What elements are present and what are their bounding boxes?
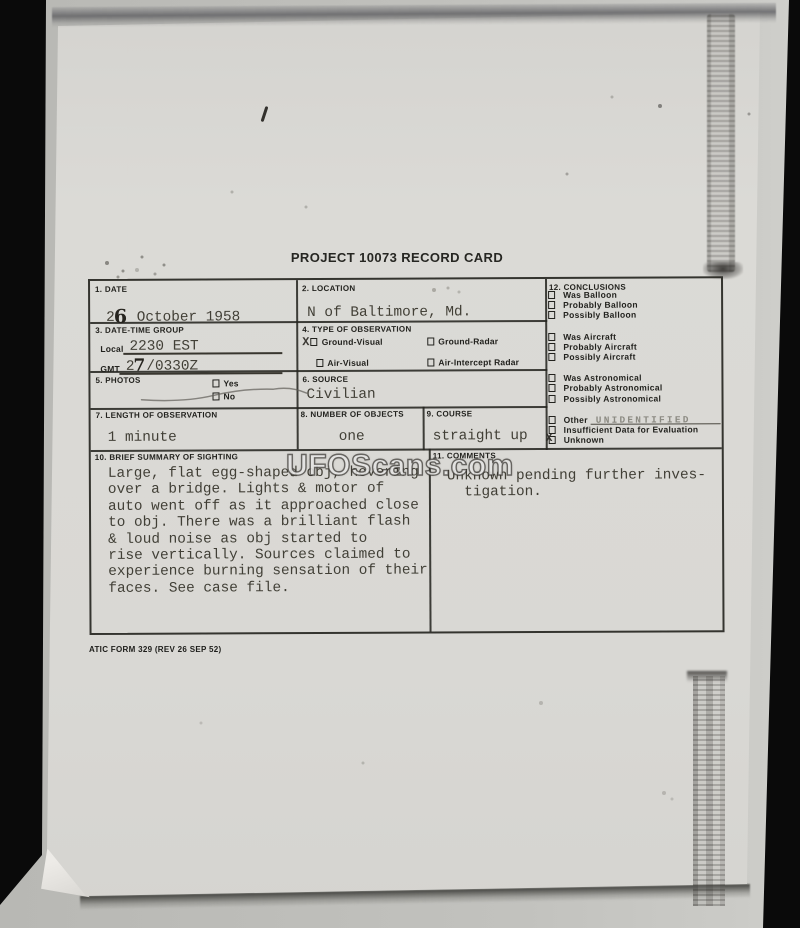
conclusion-option: Probably Balloon — [548, 299, 720, 310]
handwritten-digit: 7 — [133, 356, 145, 376]
conclusions-list: Was Balloon Probably Balloon Possibly Ba… — [548, 289, 721, 445]
conclusion-option: Possibly Astronomical — [549, 393, 721, 404]
summary-line: to obj. There was a brilliant flash — [108, 514, 428, 532]
local-time-value: 2230 EST — [129, 339, 198, 355]
local-label: Local — [100, 344, 123, 355]
summary-line: faces. See case file. — [108, 579, 428, 597]
table-border — [296, 280, 299, 449]
number-of-objects-value: one — [339, 429, 365, 445]
checkbox-icon — [549, 395, 556, 403]
checkbox-icon — [548, 384, 555, 392]
course-label: 9. COURSE — [427, 409, 473, 418]
conclusion-option: Probably Aircraft — [548, 341, 720, 352]
x-mark: X — [546, 433, 553, 445]
checkbox-icon — [311, 338, 318, 346]
photos-label: 5. PHOTOS — [95, 376, 140, 385]
local-time-row: Local 2230 EST — [100, 336, 282, 355]
typed-unidentified: UNIDENTIFIED — [596, 415, 691, 426]
type-of-observation-label: 4. TYPE OF OBSERVATION — [302, 325, 411, 334]
location-field-value: N of Baltimore, Md. — [307, 304, 471, 321]
length-of-observation-value: 1 minute — [108, 430, 177, 446]
checkbox-icon — [548, 353, 555, 361]
observation-option: Air-Intercept Radar — [428, 357, 542, 367]
scanned-page: PROJECT 10073 RECORD CARD 1. DATE 26 Oct… — [0, 0, 800, 928]
form-number: ATIC FORM 329 (REV 26 SEP 52) — [89, 645, 221, 654]
checkbox-icon — [316, 359, 323, 367]
summary-line: rise vertically. Sources claimed to — [108, 547, 428, 565]
conclusion-option: Other UNIDENTIFIED — [549, 414, 721, 425]
brief-summary-label: 10. BRIEF SUMMARY OF SIGHTING — [95, 452, 238, 462]
checkbox-icon — [548, 301, 555, 309]
source-label: 6. SOURCE — [302, 375, 348, 384]
number-of-objects-label: 8. NUMBER OF OBJECTS — [301, 410, 404, 419]
summary-line: over a bridge. Lights & motor of — [108, 481, 428, 499]
checkbox-icon — [548, 374, 555, 382]
comments-line: tigation. — [447, 484, 706, 502]
watermark: UFOScans.com — [238, 449, 562, 483]
conclusion-option: Possibly Balloon — [548, 310, 720, 321]
conclusion-option: Was Aircraft — [548, 331, 720, 342]
observation-options: XGround-Visual Ground-Radar Air-Visual A… — [304, 334, 542, 368]
gmt-time-row: GMT 27/0330Z — [100, 356, 282, 375]
typed-x-mark: X — [302, 335, 309, 349]
summary-line: experience burning sensation of their — [108, 563, 428, 581]
checkbox-icon — [548, 333, 555, 341]
brief-summary-text: Large, flat egg-shaped obj, hoveringover… — [108, 465, 428, 598]
summary-line: auto went off as it approached close — [108, 497, 428, 515]
checkbox-icon: X — [549, 436, 556, 444]
course-value: straight up — [433, 428, 528, 444]
conclusion-option: Possibly Aircraft — [548, 351, 720, 362]
binder-smudge-bottom — [693, 676, 725, 906]
gmt-label: GMT — [100, 364, 120, 375]
conclusion-option: X Unknown — [549, 434, 721, 445]
fill-in-line: 2230 EST — [123, 336, 282, 355]
checkbox-icon — [427, 358, 434, 366]
length-of-observation-label: 7. LENGTH OF OBSERVATION — [96, 410, 218, 420]
checkbox-icon — [548, 311, 555, 319]
observation-option: Air-Visual — [317, 358, 428, 368]
scan-speckles — [0, 0, 2, 2]
location-field-label: 2. LOCATION — [302, 284, 355, 293]
conclusion-option: Was Balloon — [548, 289, 720, 300]
table-border — [423, 407, 425, 451]
conclusion-option: Probably Astronomical — [548, 383, 720, 394]
date-field-value: 26 October 1958 — [106, 305, 240, 326]
pencil-swirl-mark — [138, 383, 313, 406]
fill-in-line: 27/0330Z — [120, 354, 283, 375]
conclusion-option: Was Astronomical — [548, 372, 720, 383]
form-title: PROJECT 10073 RECORD CARD — [247, 250, 547, 265]
checkbox-icon — [548, 291, 555, 299]
binder-smudge-top — [707, 14, 735, 272]
source-value: Civilian — [306, 387, 375, 403]
date-time-group-label: 3. DATE-TIME GROUP — [95, 326, 184, 335]
gmt-time-value: 27/0330Z — [126, 357, 198, 375]
summary-line: & loud noise as obj started to — [108, 530, 428, 548]
checkbox-icon — [549, 416, 556, 424]
checkbox-icon — [548, 343, 555, 351]
other-fill-line: UNIDENTIFIED — [591, 414, 721, 426]
observation-option: Ground-Radar — [428, 334, 542, 348]
checkbox-icon — [427, 337, 434, 345]
observation-option: XGround-Visual — [304, 335, 428, 350]
handwritten-digit: 6 — [114, 306, 127, 328]
date-field-label: 1. DATE — [95, 285, 127, 294]
